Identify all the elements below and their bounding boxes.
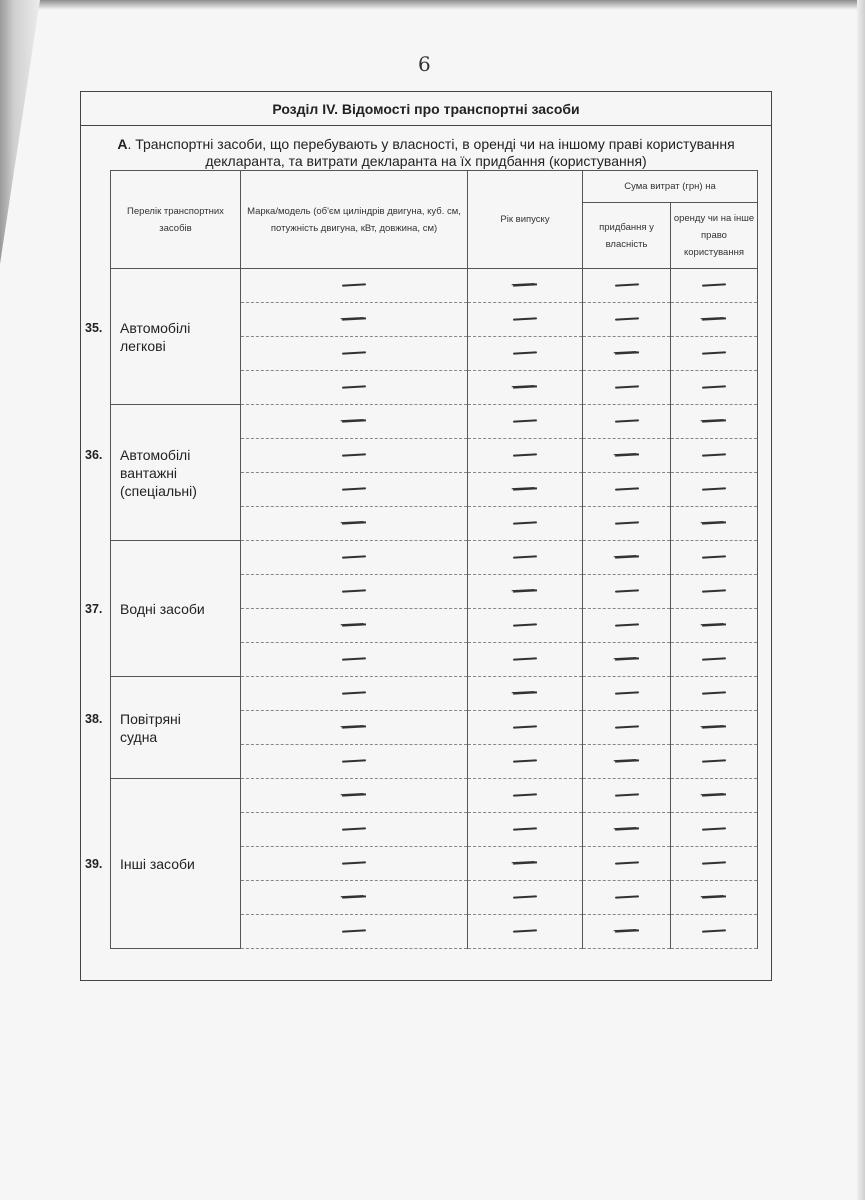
- page-number: 6: [418, 52, 431, 76]
- handwritten-dash: [614, 760, 638, 763]
- handwritten-dash: [702, 658, 726, 661]
- make-model-cell: [241, 779, 468, 813]
- handwritten-dash: [342, 624, 366, 627]
- vehicle-category-cell: 37.Водні засоби: [111, 541, 241, 677]
- vehicle-category-label: Автомобілі вантажні (спеціальні): [120, 446, 220, 500]
- rent-cell: [671, 609, 758, 643]
- purchase-cell: [583, 303, 671, 337]
- year-cell: [468, 847, 583, 881]
- handwritten-dash: [513, 726, 537, 729]
- handwritten-dash: [614, 862, 638, 865]
- make-model-cell: [241, 813, 468, 847]
- handwritten-dash: [702, 794, 726, 797]
- handwritten-dash: [513, 284, 537, 287]
- handwritten-dash: [342, 454, 366, 457]
- handwritten-dash: [614, 692, 638, 695]
- handwritten-dash: [513, 522, 537, 525]
- handwritten-dash: [702, 454, 726, 457]
- purchase-cell: [583, 779, 671, 813]
- handwritten-dash: [342, 658, 366, 661]
- year-cell: [468, 915, 583, 949]
- year-cell: [468, 405, 583, 439]
- handwritten-dash: [702, 318, 726, 321]
- purchase-cell: [583, 439, 671, 473]
- handwritten-dash: [513, 352, 537, 355]
- rent-cell: [671, 541, 758, 575]
- purchase-cell: [583, 677, 671, 711]
- handwritten-dash: [702, 488, 726, 491]
- rent-cell: [671, 847, 758, 881]
- vehicles-table: Перелік транспортних засобів Марка/модел…: [110, 170, 758, 949]
- handwritten-dash: [513, 590, 537, 593]
- make-model-cell: [241, 541, 468, 575]
- rent-cell: [671, 507, 758, 541]
- table-row: 39.Інші засоби: [111, 779, 758, 813]
- rent-cell: [671, 405, 758, 439]
- rent-cell: [671, 575, 758, 609]
- subsection-text: . Транспортні засоби, що перебувають у в…: [127, 136, 734, 169]
- vehicle-category-label: Автомобілі легкові: [120, 319, 220, 355]
- year-cell: [468, 473, 583, 507]
- handwritten-dash: [702, 862, 726, 865]
- handwritten-dash: [513, 692, 537, 695]
- year-cell: [468, 269, 583, 303]
- year-cell: [468, 609, 583, 643]
- handwritten-dash: [614, 590, 638, 593]
- handwritten-dash: [513, 760, 537, 763]
- year-cell: [468, 303, 583, 337]
- vehicle-category-cell: 36.Автомобілі вантажні (спеціальні): [111, 405, 241, 541]
- handwritten-dash: [702, 760, 726, 763]
- section-frame: Розділ IV. Відомості про транспортні зас…: [80, 91, 772, 981]
- table-row: 38.Повітряні судна: [111, 677, 758, 711]
- purchase-cell: [583, 711, 671, 745]
- handwritten-dash: [614, 556, 638, 559]
- handwritten-dash: [342, 828, 366, 831]
- make-model-cell: [241, 711, 468, 745]
- row-number: 35.: [85, 319, 102, 337]
- handwritten-dash: [342, 930, 366, 933]
- table-row: 36.Автомобілі вантажні (спеціальні): [111, 405, 758, 439]
- handwritten-dash: [702, 556, 726, 559]
- purchase-cell: [583, 507, 671, 541]
- vehicle-category-cell: 39.Інші засоби: [111, 779, 241, 949]
- handwritten-dash: [614, 624, 638, 627]
- handwritten-dash: [342, 420, 366, 423]
- year-cell: [468, 677, 583, 711]
- make-model-cell: [241, 881, 468, 915]
- handwritten-dash: [702, 284, 726, 287]
- purchase-cell: [583, 881, 671, 915]
- handwritten-dash: [614, 930, 638, 933]
- handwritten-dash: [342, 692, 366, 695]
- purchase-cell: [583, 541, 671, 575]
- purchase-cell: [583, 915, 671, 949]
- handwritten-dash: [342, 726, 366, 729]
- handwritten-dash: [513, 794, 537, 797]
- make-model-cell: [241, 269, 468, 303]
- row-number: 37.: [85, 600, 102, 618]
- handwritten-dash: [702, 420, 726, 423]
- subsection-title: А. Транспортні засоби, що перебувають у …: [81, 136, 771, 170]
- purchase-cell: [583, 643, 671, 677]
- year-cell: [468, 439, 583, 473]
- rent-cell: [671, 371, 758, 405]
- year-cell: [468, 813, 583, 847]
- make-model-cell: [241, 643, 468, 677]
- subsection-letter: А: [117, 136, 127, 152]
- handwritten-dash: [513, 386, 537, 389]
- rent-cell: [671, 643, 758, 677]
- handwritten-dash: [513, 658, 537, 661]
- handwritten-dash: [513, 454, 537, 457]
- handwritten-dash: [702, 386, 726, 389]
- year-cell: [468, 711, 583, 745]
- handwritten-dash: [614, 828, 638, 831]
- handwritten-dash: [614, 318, 638, 321]
- scan-left-shadow: [0, 0, 40, 1200]
- purchase-cell: [583, 405, 671, 439]
- handwritten-dash: [342, 896, 366, 899]
- handwritten-dash: [702, 896, 726, 899]
- handwritten-dash: [513, 624, 537, 627]
- section-title: Розділ IV. Відомості про транспортні зас…: [81, 92, 771, 126]
- handwritten-dash: [342, 590, 366, 593]
- handwritten-dash: [614, 488, 638, 491]
- rent-cell: [671, 303, 758, 337]
- handwritten-dash: [702, 828, 726, 831]
- make-model-cell: [241, 847, 468, 881]
- header-make-model: Марка/модель (об'єм циліндрів двигуна, к…: [241, 171, 468, 269]
- make-model-cell: [241, 439, 468, 473]
- vehicle-category-label: Повітряні судна: [120, 710, 220, 746]
- handwritten-dash: [342, 352, 366, 355]
- header-year: Рік випуску: [468, 171, 583, 269]
- rent-cell: [671, 813, 758, 847]
- purchase-cell: [583, 337, 671, 371]
- handwritten-dash: [342, 318, 366, 321]
- scan-right-edge: [857, 0, 865, 1200]
- header-expense-sum: Сума витрат (грн) на: [583, 171, 758, 203]
- purchase-cell: [583, 609, 671, 643]
- handwritten-dash: [614, 522, 638, 525]
- handwritten-dash: [513, 318, 537, 321]
- handwritten-dash: [614, 420, 638, 423]
- handwritten-dash: [513, 862, 537, 865]
- rent-cell: [671, 881, 758, 915]
- make-model-cell: [241, 473, 468, 507]
- year-cell: [468, 881, 583, 915]
- rent-cell: [671, 915, 758, 949]
- handwritten-dash: [702, 590, 726, 593]
- handwritten-dash: [614, 896, 638, 899]
- handwritten-dash: [513, 930, 537, 933]
- year-cell: [468, 337, 583, 371]
- year-cell: [468, 643, 583, 677]
- handwritten-dash: [513, 896, 537, 899]
- rent-cell: [671, 745, 758, 779]
- make-model-cell: [241, 745, 468, 779]
- handwritten-dash: [702, 624, 726, 627]
- make-model-cell: [241, 405, 468, 439]
- vehicle-category-cell: 38.Повітряні судна: [111, 677, 241, 779]
- handwritten-dash: [342, 284, 366, 287]
- vehicle-category-cell: 35.Автомобілі легкові: [111, 269, 241, 405]
- make-model-cell: [241, 303, 468, 337]
- handwritten-dash: [702, 692, 726, 695]
- handwritten-dash: [702, 726, 726, 729]
- year-cell: [468, 371, 583, 405]
- year-cell: [468, 575, 583, 609]
- rent-cell: [671, 269, 758, 303]
- year-cell: [468, 507, 583, 541]
- year-cell: [468, 745, 583, 779]
- rent-cell: [671, 711, 758, 745]
- handwritten-dash: [614, 352, 638, 355]
- rent-cell: [671, 779, 758, 813]
- handwritten-dash: [614, 454, 638, 457]
- handwritten-dash: [342, 386, 366, 389]
- header-rent: оренду чи на інше право користування: [671, 203, 758, 269]
- rent-cell: [671, 677, 758, 711]
- handwritten-dash: [513, 556, 537, 559]
- handwritten-dash: [614, 658, 638, 661]
- make-model-cell: [241, 609, 468, 643]
- vehicle-category-label: Водні засоби: [120, 600, 220, 618]
- handwritten-dash: [614, 284, 638, 287]
- handwritten-dash: [342, 862, 366, 865]
- handwritten-dash: [342, 488, 366, 491]
- table-row: 35.Автомобілі легкові: [111, 269, 758, 303]
- purchase-cell: [583, 269, 671, 303]
- year-cell: [468, 541, 583, 575]
- purchase-cell: [583, 745, 671, 779]
- purchase-cell: [583, 813, 671, 847]
- purchase-cell: [583, 575, 671, 609]
- handwritten-dash: [614, 386, 638, 389]
- handwritten-dash: [614, 794, 638, 797]
- handwritten-dash: [342, 522, 366, 525]
- handwritten-dash: [702, 522, 726, 525]
- row-number: 38.: [85, 710, 102, 728]
- purchase-cell: [583, 847, 671, 881]
- handwritten-dash: [614, 726, 638, 729]
- purchase-cell: [583, 473, 671, 507]
- make-model-cell: [241, 915, 468, 949]
- make-model-cell: [241, 371, 468, 405]
- vehicle-category-label: Інші засоби: [120, 855, 220, 873]
- header-vehicle-list: Перелік транспортних засобів: [111, 171, 241, 269]
- make-model-cell: [241, 507, 468, 541]
- row-number: 36.: [85, 446, 102, 464]
- table-row: 37.Водні засоби: [111, 541, 758, 575]
- handwritten-dash: [702, 352, 726, 355]
- handwritten-dash: [513, 488, 537, 491]
- handwritten-dash: [513, 828, 537, 831]
- handwritten-dash: [342, 760, 366, 763]
- make-model-cell: [241, 337, 468, 371]
- header-purchase: придбання у власність: [583, 203, 671, 269]
- table-body: 35.Автомобілі легкові36.Автомобілі ванта…: [111, 269, 758, 949]
- rent-cell: [671, 439, 758, 473]
- handwritten-dash: [342, 556, 366, 559]
- purchase-cell: [583, 371, 671, 405]
- handwritten-dash: [342, 794, 366, 797]
- handwritten-dash: [513, 420, 537, 423]
- rent-cell: [671, 337, 758, 371]
- scan-top-edge: [0, 0, 865, 10]
- make-model-cell: [241, 677, 468, 711]
- rent-cell: [671, 473, 758, 507]
- handwritten-dash: [702, 930, 726, 933]
- row-number: 39.: [85, 855, 102, 873]
- make-model-cell: [241, 575, 468, 609]
- year-cell: [468, 779, 583, 813]
